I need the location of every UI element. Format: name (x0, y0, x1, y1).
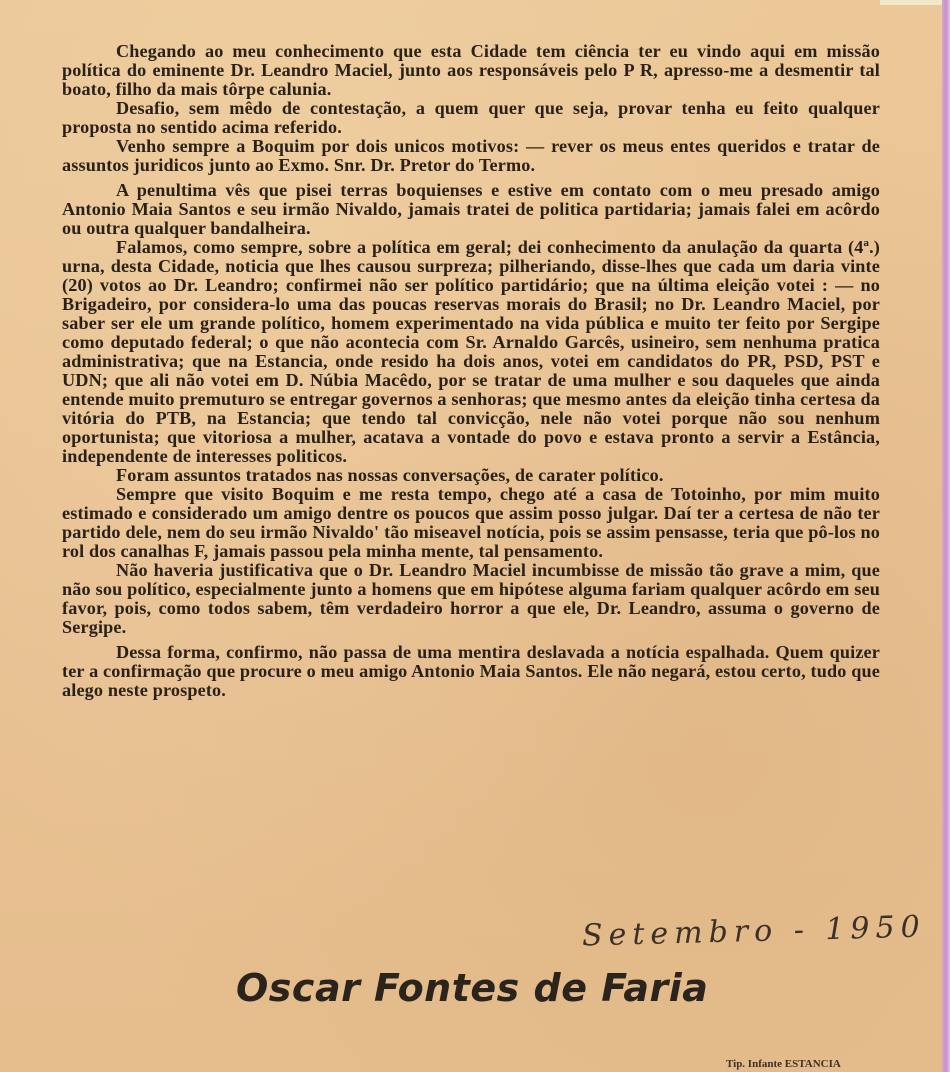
paragraph-4: A penultima vês que pisei terras boquien… (62, 181, 880, 238)
flyer-body-text: Chegando ao meu conhecimento que esta Ci… (62, 42, 880, 700)
paragraph-2: Desafio, sem mêdo de contestação, a quem… (62, 99, 880, 137)
paragraph-7: Sempre que visito Boquim e me resta temp… (62, 485, 880, 561)
paragraph-5: Falamos, como sempre, sobre a política e… (62, 238, 880, 466)
paragraph-8: Não haveria justificativa que o Dr. Lean… (62, 561, 880, 637)
paragraph-9: Dessa forma, confirmo, não passa de uma … (62, 643, 880, 700)
paragraph-6: Foram assuntos tratados nas nossas conve… (62, 466, 880, 485)
author-signature: Oscar Fontes de Faria (236, 966, 708, 1010)
paragraph-3: Venho sempre a Boquim por dois unicos mo… (62, 137, 880, 175)
printer-imprint: Tip. Infante ESTANCIA (726, 1058, 841, 1070)
paragraph-1: Chegando ao meu conhecimento que esta Ci… (62, 42, 880, 99)
lavender-right-border (942, 0, 950, 1072)
paper-top-edge-strip (880, 0, 942, 5)
